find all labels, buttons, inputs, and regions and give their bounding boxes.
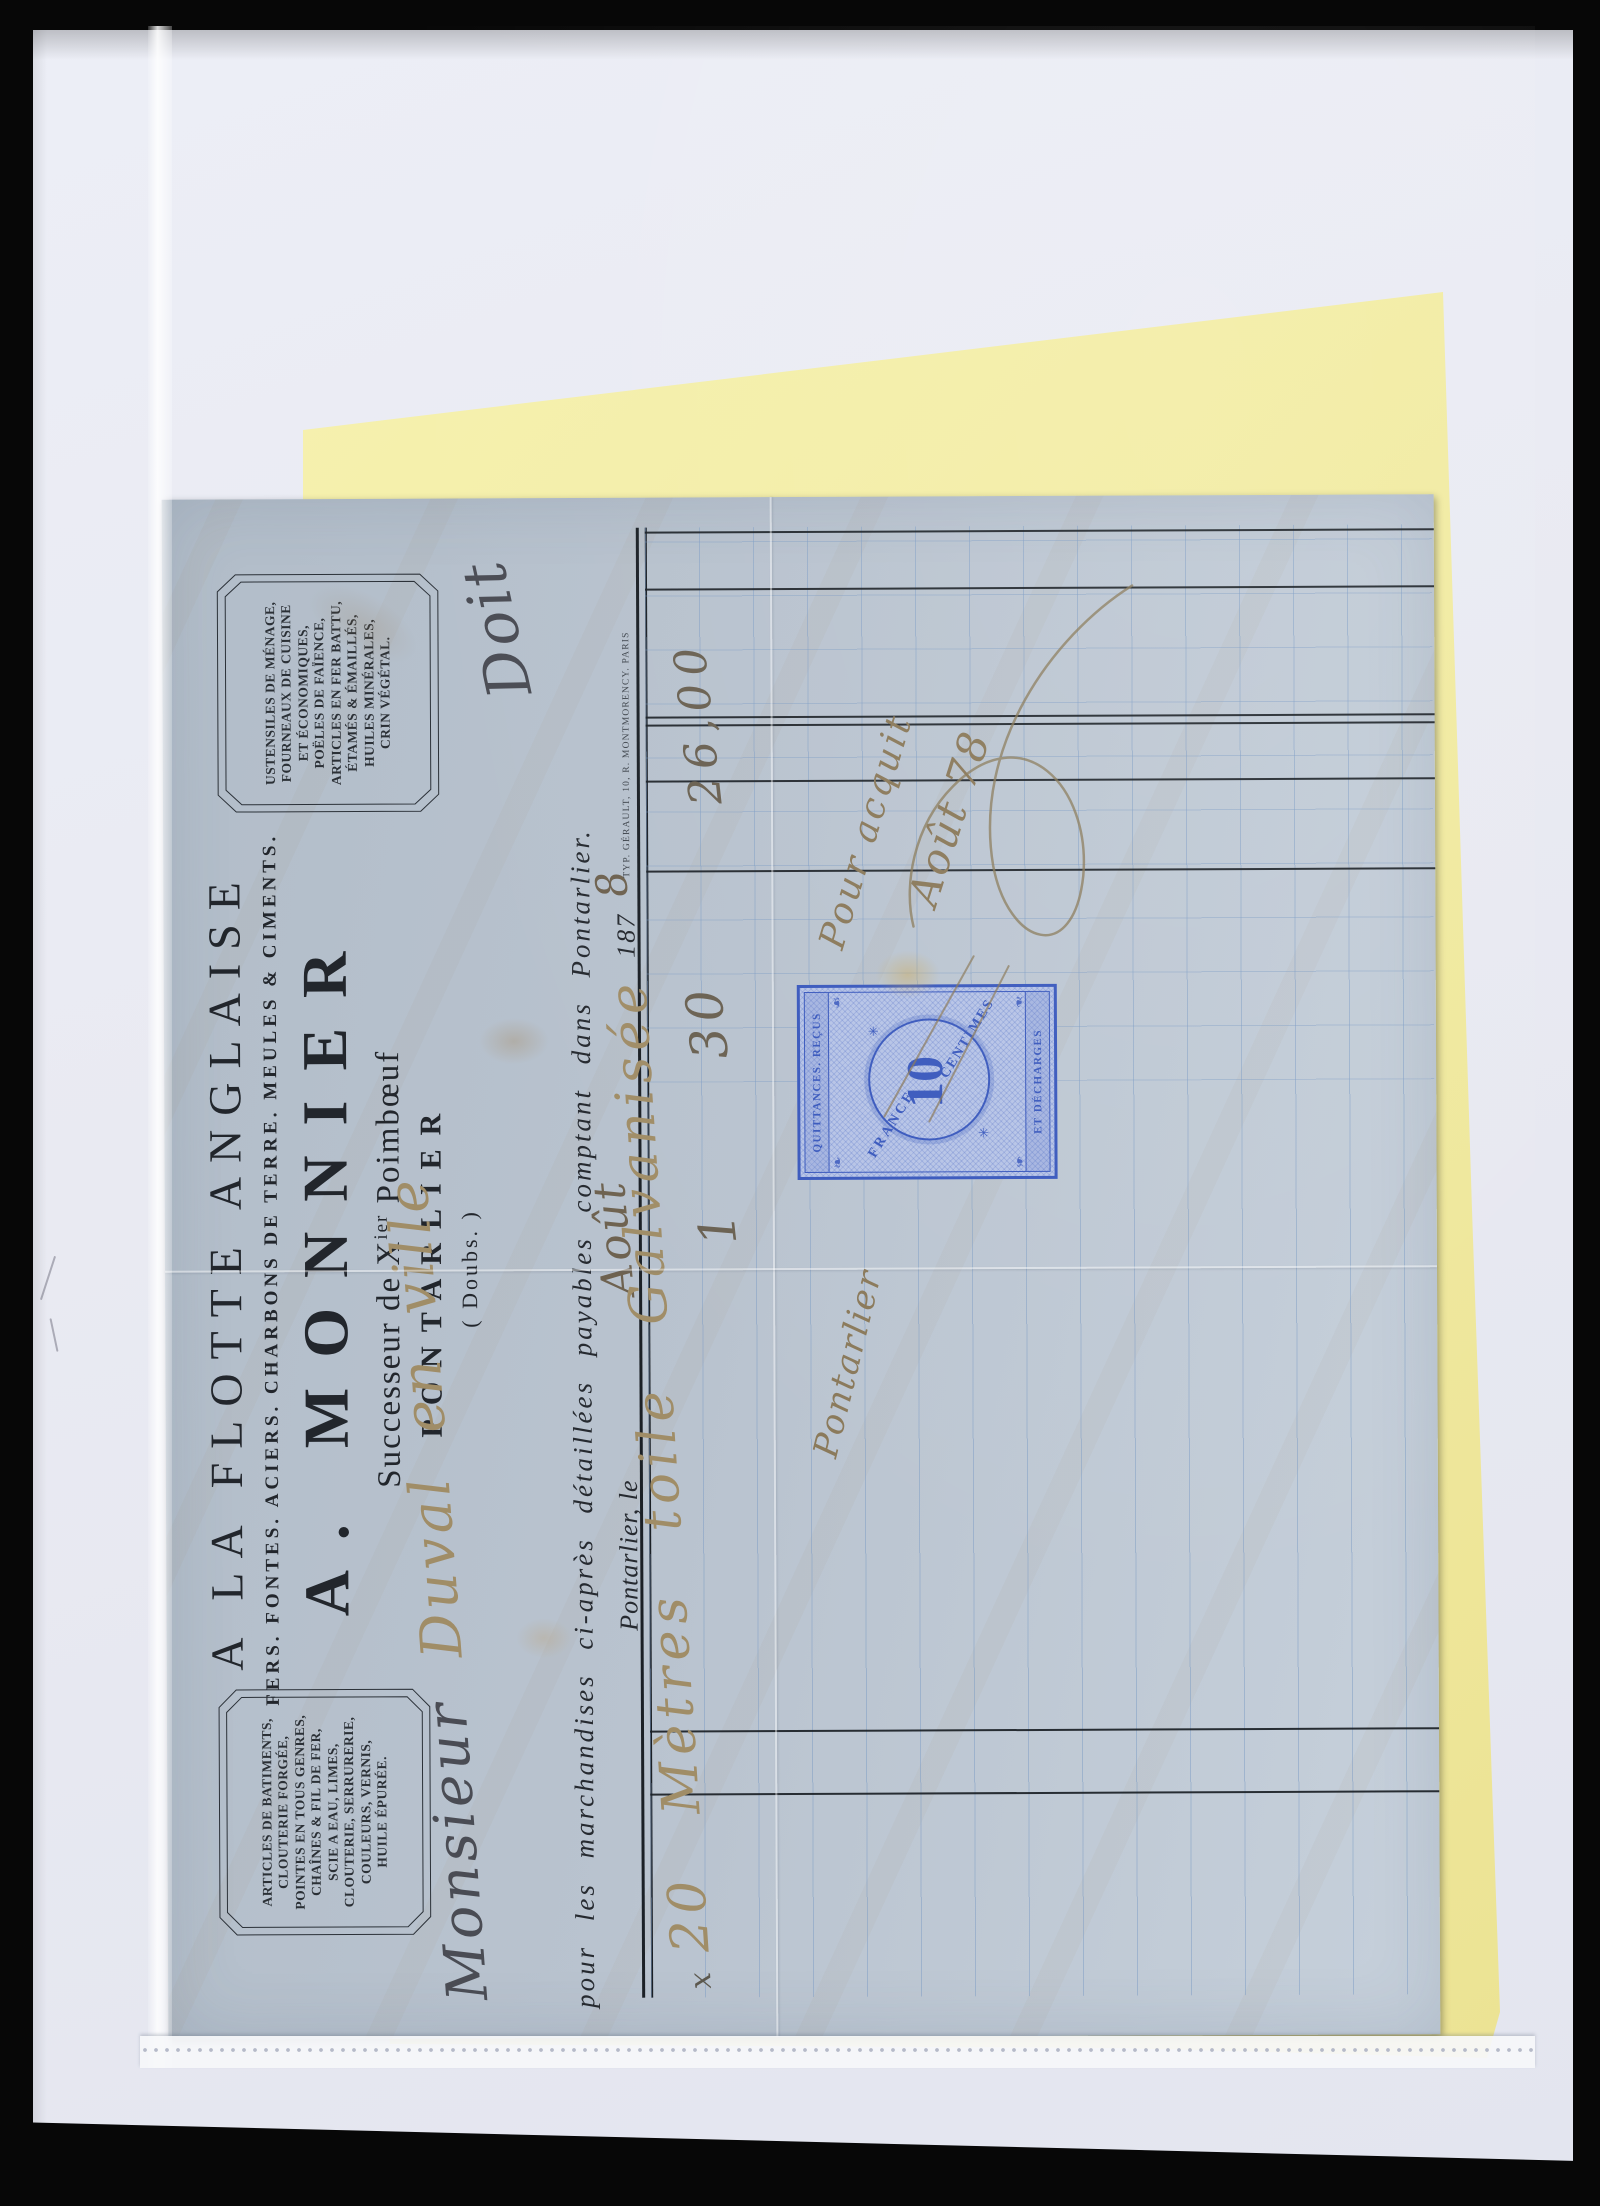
panel-line: CLOUTERIE, SERRURERIE,	[341, 1717, 358, 1908]
panel-line: HUILE ÉPURÉE.	[374, 1756, 391, 1868]
handwritten-unit-price-francs: 1	[687, 1210, 748, 1248]
item-check-mark: x	[683, 1965, 719, 1990]
stamp-corner-ornament: ❧	[1009, 995, 1028, 1008]
stamp-corner-ornament: ❧	[828, 996, 847, 1009]
handwritten-unit-price-centimes: 30	[674, 981, 740, 1062]
panel-line: CHAÎNES & FIL DE FER,	[308, 1728, 325, 1896]
fiscal-stamp: QUITTANCES. REÇUS ET DÉCHARGES FRANCE 10…	[797, 984, 1058, 1180]
panel-line: CLOUTERIE FORGÉE,	[275, 1736, 292, 1889]
invoice-document: A LA FLOTTE ANGLAISE FERS. FONTES. ACIER…	[162, 494, 1441, 2040]
stamp-corner-ornament: ❧	[829, 1156, 848, 1169]
stamp-band-bottom: ET DÉCHARGES	[1025, 992, 1050, 1171]
pencil-mark	[40, 1256, 56, 1300]
panel-line: USTENSILES DE MÉNAGE,	[262, 602, 279, 786]
printer-imprint: TYP. GÉRAULT, 10, R. MONTMORENCY. PARIS	[621, 631, 632, 877]
stamp-value: 10	[896, 987, 956, 1176]
panel-line: FOURNEAUX DE CUISINE	[278, 604, 295, 782]
ink-stain	[876, 950, 940, 998]
stamp-star-ornament: ✳	[976, 1127, 992, 1138]
stamp-star-ornament: ✳	[866, 1026, 882, 1037]
panel-line: ÉTAMÉS & ÉMAILLÉS,	[344, 614, 361, 772]
panel-line: SCIE A EAU, LIMES,	[325, 1743, 342, 1881]
stamp-corner-ornament: ❧	[1010, 1155, 1029, 1168]
panel-line: POËLES DE FAÏENCE,	[311, 618, 328, 769]
photo-scene: A LA FLOTTE ANGLAISE FERS. FONTES. ACIER…	[0, 0, 1600, 2206]
panel-line: ET ÉCONOMIQUES,	[295, 625, 312, 761]
terms-line: pour les marchandises ci-après détaillée…	[565, 828, 601, 2008]
panel-line: ARTICLES DE BATIMENTS,	[258, 1718, 275, 1907]
letterhead-panel-right: USTENSILES DE MÉNAGE, FOURNEAUX DE CUISI…	[215, 572, 441, 815]
stamp-band-top: QUITTANCES. REÇUS	[805, 993, 830, 1172]
invoice-content-rotated: A LA FLOTTE ANGLAISE FERS. FONTES. ACIER…	[162, 494, 1441, 2040]
letterhead-panel-left: ARTICLES DE BATIMENTS, CLOUTERIE FORGÉE,…	[217, 1687, 433, 1938]
panel-line: CRIN VÉGÉTAL.	[377, 637, 394, 750]
panel-line: ARTICLES EN FER BATTU,	[328, 601, 345, 785]
panel-line: COULEURS, VERNIS,	[358, 1740, 375, 1884]
panel-line: HUILES MINÉRALES,	[361, 619, 378, 767]
pencil-mark	[49, 1318, 58, 1352]
panel-line: POINTES EN TOUS GENRES,	[291, 1715, 308, 1910]
